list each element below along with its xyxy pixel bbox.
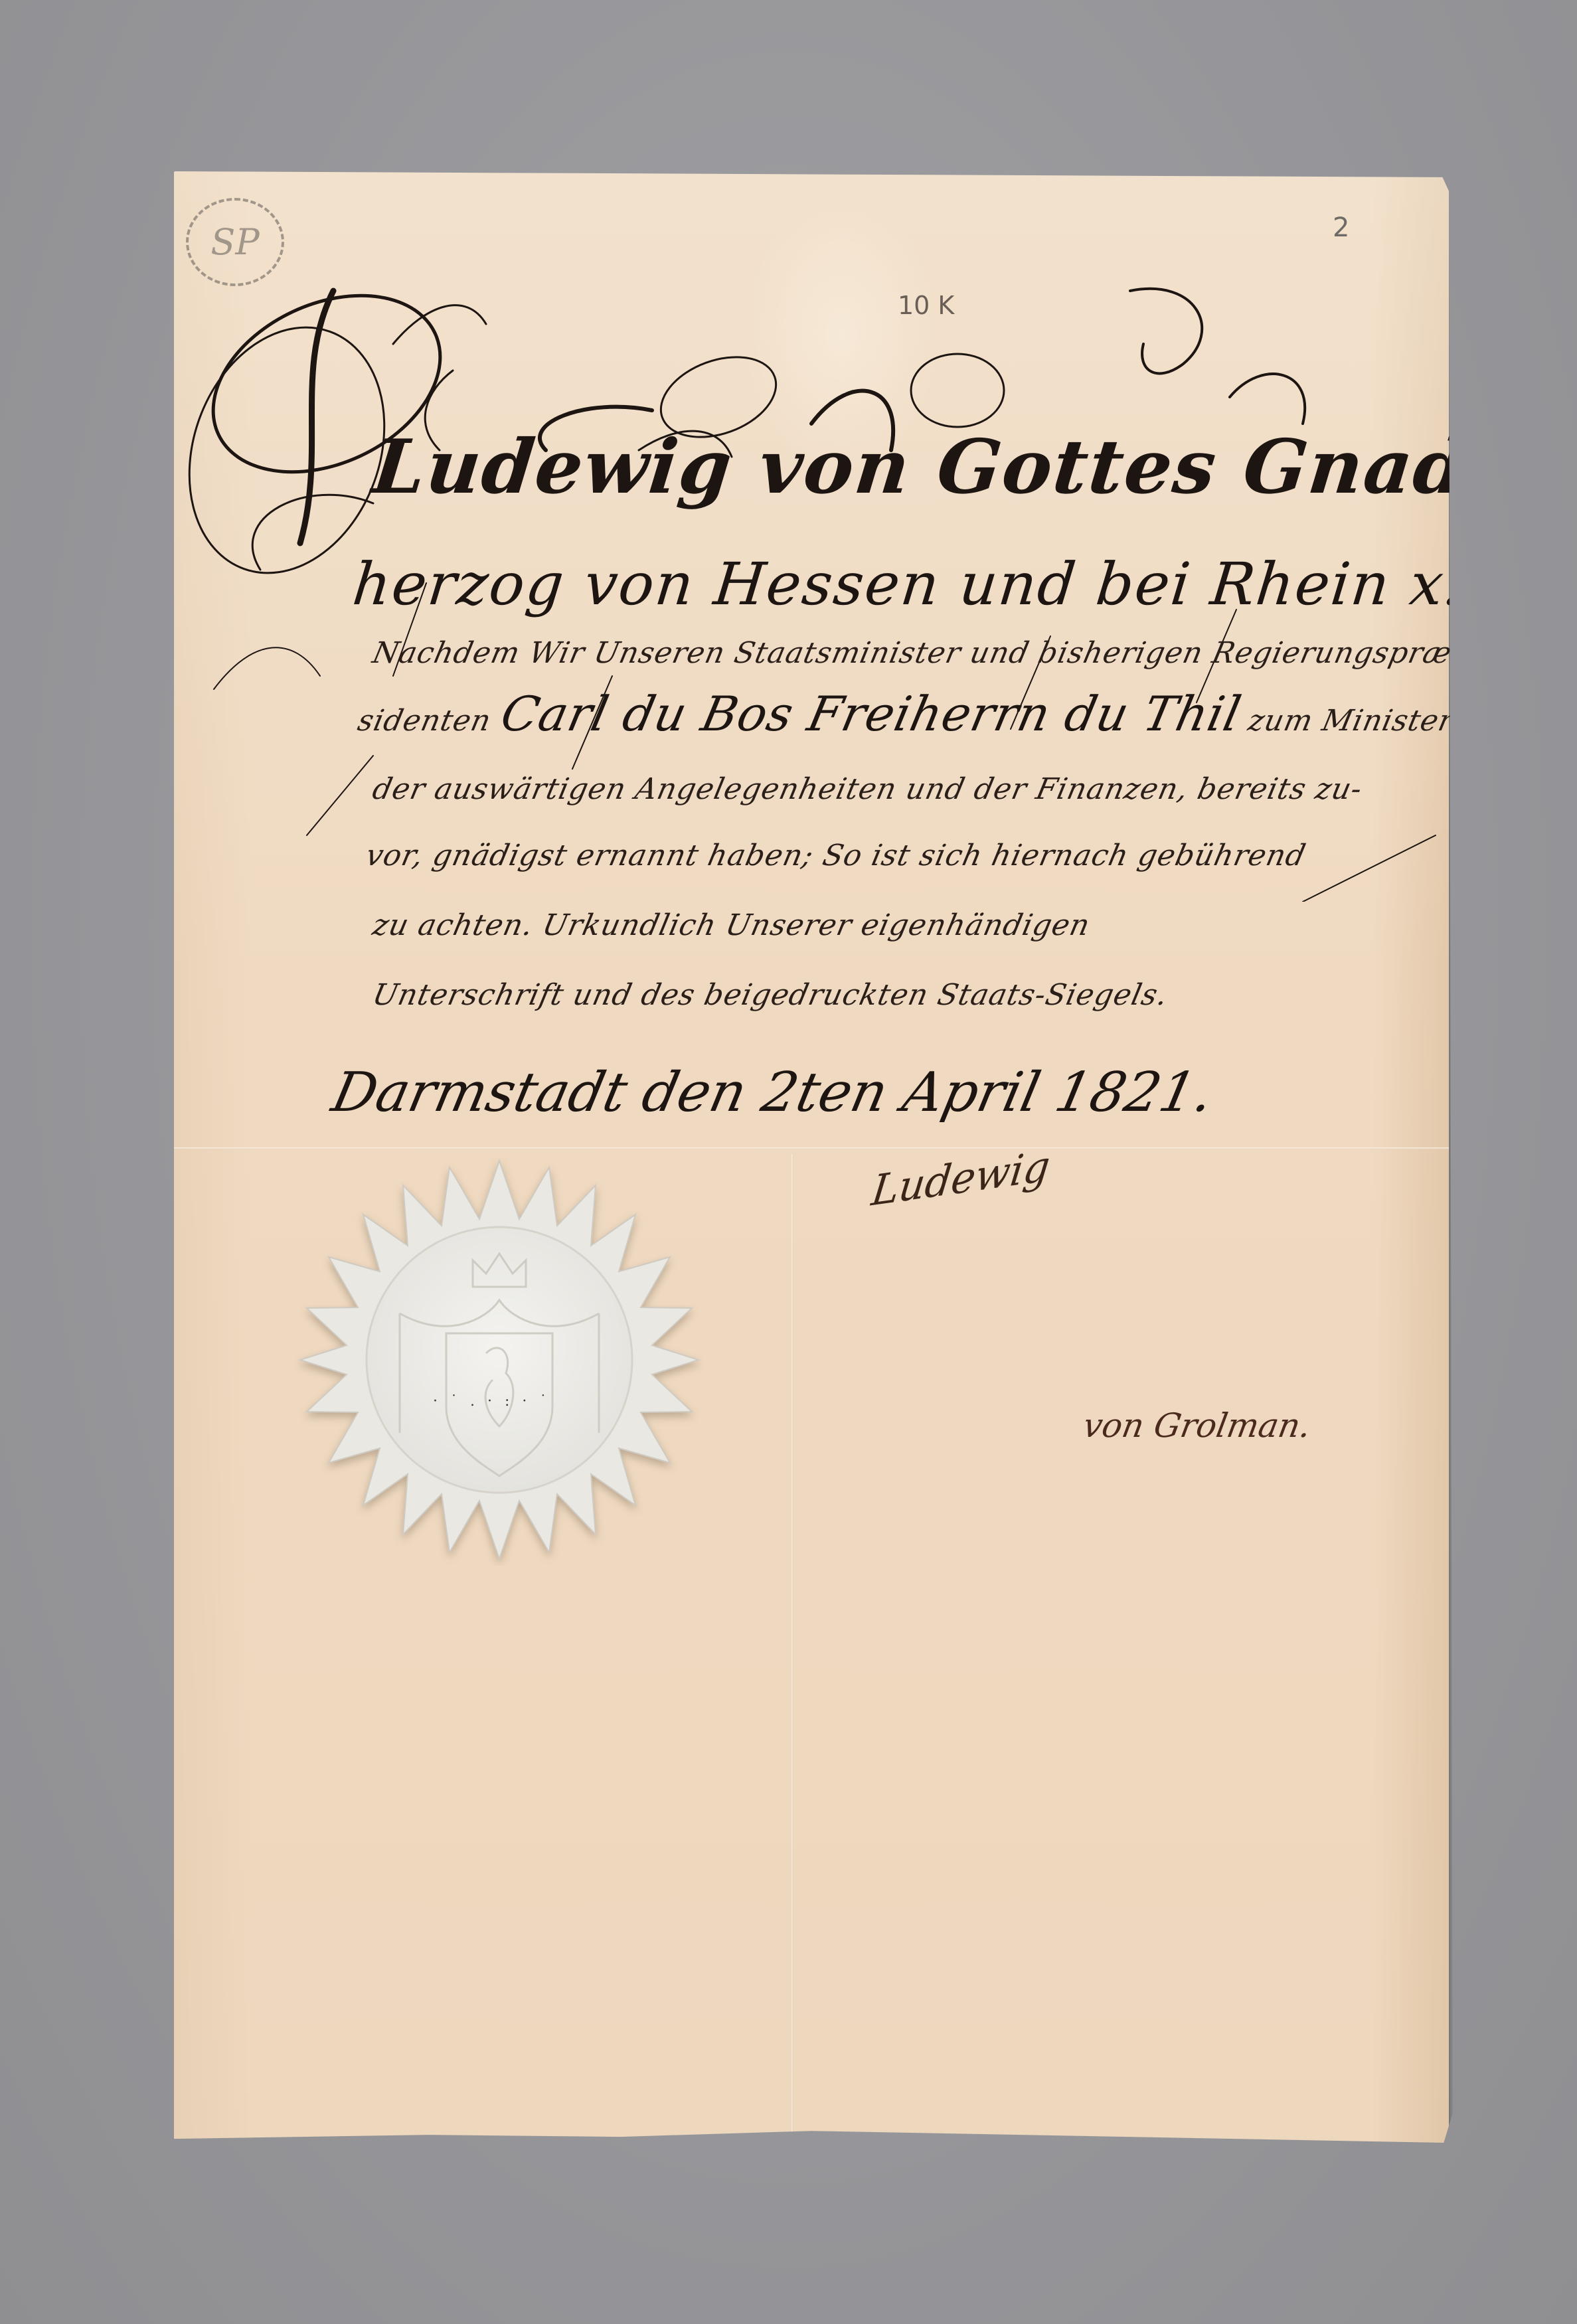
body-line-3: der auswärtigen Angelegenheiten und der …: [370, 772, 1366, 806]
appointee-name: Carl du Bos Freiherrn du Thil: [496, 686, 1246, 742]
page-number: 2: [1333, 212, 1349, 243]
body-line-4: vor, gnädigst ernannt haben; So ist sich…: [363, 839, 1309, 872]
ruler-signature: Ludewig: [869, 1141, 1053, 1216]
heading-line-2: herzog von Hessen und bei Rhein x: x:: [350, 550, 1544, 618]
pencil-annotation: 10 K: [898, 291, 954, 320]
heading-line-1: Ludewig von Gottes Gnaden Groß-: [369, 424, 1577, 511]
horizontal-fold-crease: [174, 1147, 1449, 1149]
place-date-line: Darmstadt den 2ten April 1821.: [327, 1061, 1219, 1124]
body-line-1: Nachdem Wir Unseren Staatsminister und b…: [370, 636, 1466, 670]
minister-countersignature: von Grolman.: [1080, 1406, 1314, 1445]
body-line-6: Unterschrift und des beigedruckten Staat…: [370, 978, 1171, 1012]
archive-stamp-text: SP: [210, 221, 259, 263]
state-seal-icon: [293, 1154, 705, 1566]
body-line-5: zu achten. Urkundlich Unserer eigenhändi…: [370, 908, 1094, 942]
vertical-fold-crease: [791, 1154, 793, 2145]
ink-specks: · ˙ . · : · ˙: [433, 1393, 550, 1410]
document-sheet: SP 2 10 K Ludewig von Gottes Gnad: [174, 171, 1449, 2145]
body-line-2: sidenten Carl du Bos Freiherrn du Thil z…: [354, 686, 1461, 742]
archive-stamp: SP: [186, 198, 284, 286]
